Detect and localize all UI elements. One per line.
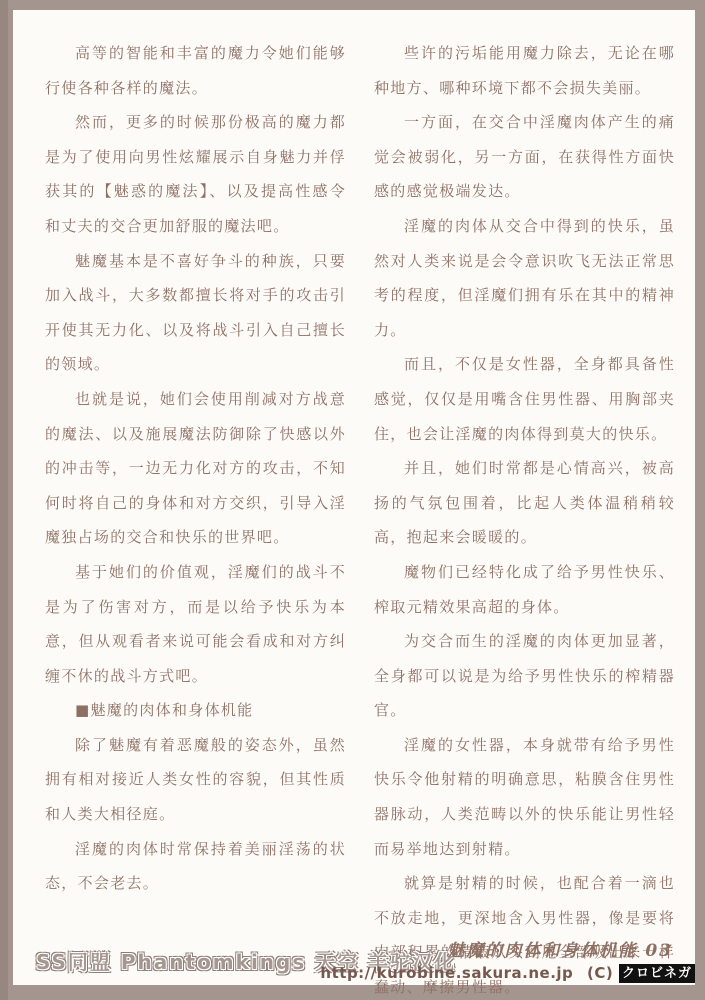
section-heading: ■魅魔的肉体和身体机能 (45, 693, 346, 728)
footer-url-line: http://kurobine.sakura.ne.jp (C) クロビネガ (320, 964, 695, 983)
page-frame: 高等的智能和丰富的魔力令她们能够行使各种各样的魔法。 然而，更多的时候那份极高的… (0, 0, 705, 1000)
paragraph: 也就是说，她们会使用削减对方战意的魔法、以及施展魔法防御除了快感以外的冲击等，一… (45, 382, 346, 555)
circle-name-badge: クロビネガ (619, 964, 695, 983)
text-columns: 高等的智能和丰富的魔力令她们能够行使各种各样的魔法。 然而，更多的时候那份极高的… (13, 10, 695, 1000)
paragraph: 并且，她们时常都是心情高兴，被高扬的气氛包围着，比起人类体温稍稍较高，抱起来会暖… (374, 451, 675, 555)
copyright-mark: (C) (587, 964, 613, 982)
site-url: http://kurobine.sakura.ne.jp (320, 964, 573, 982)
paragraph: 然而，更多的时候那份极高的魔力都是为了使用向男性炫耀展示自身魅力并俘获其的【魅惑… (45, 105, 346, 243)
paragraph: 高等的智能和丰富的魔力令她们能够行使各种各样的魔法。 (45, 36, 346, 105)
left-column: 高等的智能和丰富的魔力令她们能够行使各种各样的魔法。 然而，更多的时候那份极高的… (45, 36, 346, 1000)
paragraph: 为交合而生的淫魔的肉体更加显著，全身都可以说是为给予男性快乐的榨精器官。 (374, 624, 675, 728)
paragraph: 除了魅魔有着恶魔般的姿态外，虽然拥有相对接近人类女性的容貌，但其性质和人类大相径… (45, 728, 346, 832)
right-column: 些许的污垢能用魔力除去，无论在哪种地方、哪种环境下都不会损失美丽。 一方面，在交… (374, 36, 675, 1000)
paragraph: 而且，不仅是女性器，全身都具备性感觉，仅仅是用嘴含住男性器、用胸部夹住，也会让淫… (374, 347, 675, 451)
paragraph: 些许的污垢能用魔力除去，无论在哪种地方、哪种环境下都不会损失美丽。 (374, 36, 675, 105)
footer-right: 魅魔的肉体和身体机能 03 http://kurobine.sakura.ne.… (320, 936, 695, 983)
document-page: 高等的智能和丰富的魔力令她们能够行使各种各样的魔法。 然而，更多的时候那份极高的… (13, 10, 695, 985)
paragraph: 基于她们的价值观，淫魔们的战斗不是为了伤害对方，而是以给予快乐为本意，但从观看者… (45, 555, 346, 693)
paragraph: 淫魔的女性器，本身就带有给予男性快乐令他射精的明确意思，粘膜含住男性器脉动，人类… (374, 728, 675, 866)
frame-left-edge (0, 0, 8, 1000)
paragraph: 魔物们已经特化成了给予男性快乐、榨取元精效果高超的身体。 (374, 555, 675, 624)
paragraph: 淫魔的肉体时常保持着美丽淫荡的状态，不会老去。 (45, 832, 346, 901)
paragraph: 一方面，在交合中淫魔肉体产生的痛觉会被弱化，另一方面，在获得性方面快感的感觉极端… (374, 105, 675, 209)
paragraph: 魅魔基本是不喜好争斗的种族，只要加入战斗，大多数都擅长将对手的攻击引开使其无力化… (45, 244, 346, 382)
paragraph: 淫魔的肉体从交合中得到的快乐，虽然对人类来说是会令意识吹飞无法正常思考的程度，但… (374, 209, 675, 347)
document-title: 魅魔的肉体和身体机能 03 (320, 936, 695, 961)
